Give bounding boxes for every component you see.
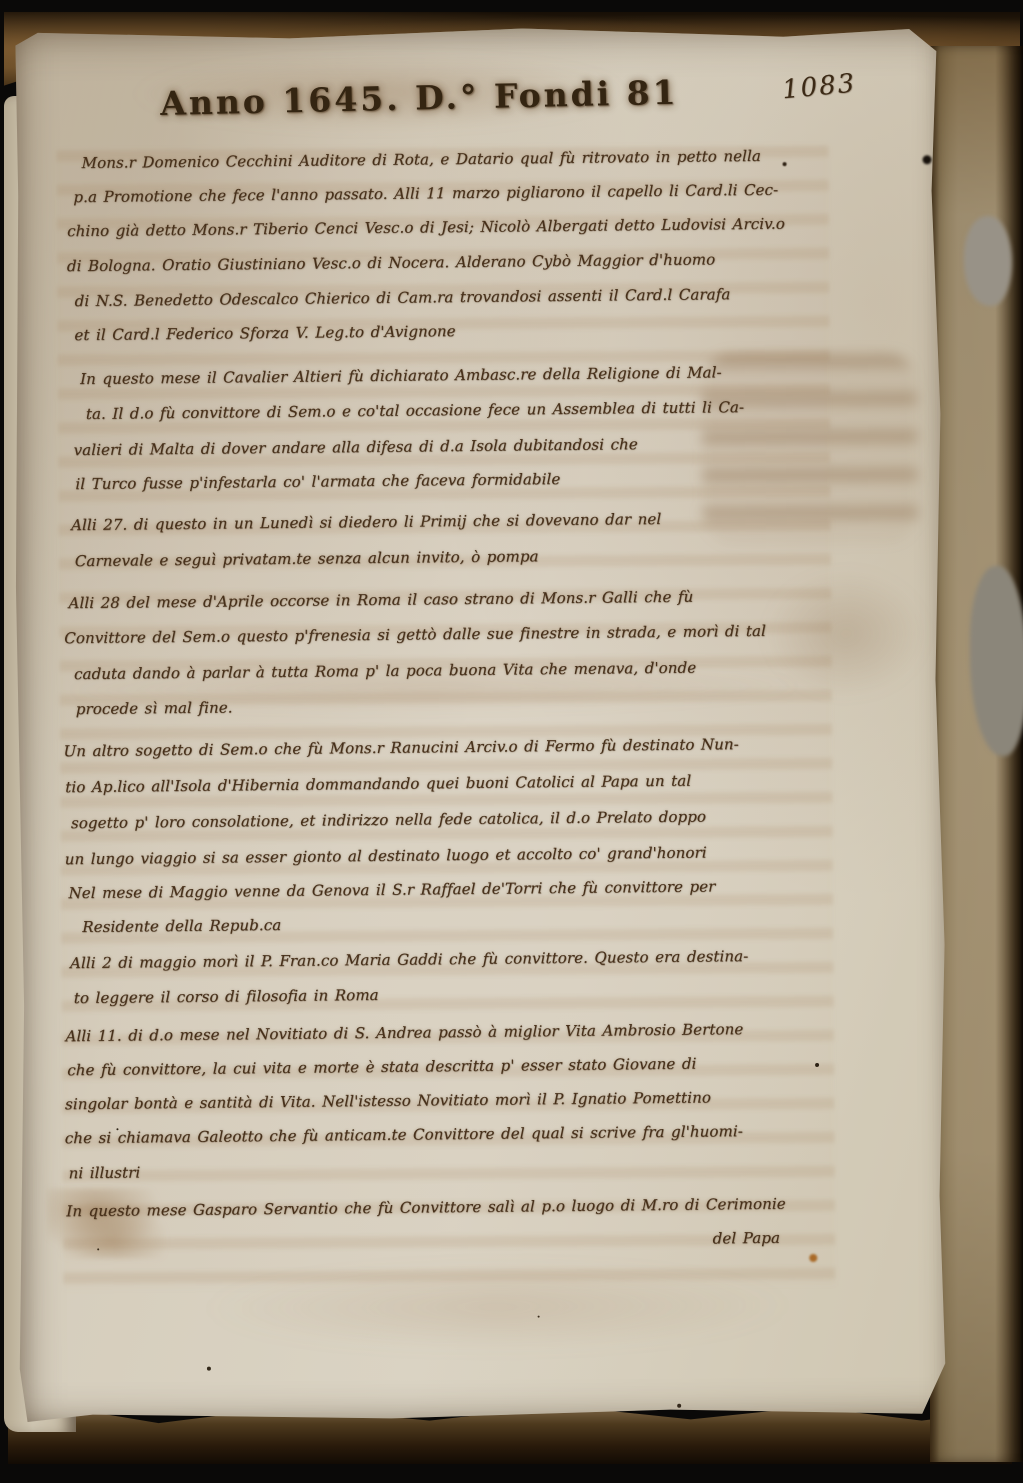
page-stack-fore-edge <box>930 46 1023 1462</box>
manuscript-line: il Turco fusse p'infestarla co' l'armata… <box>75 459 831 501</box>
manuscript-line: ta. Il d.o fù convittore di Sem.o e co't… <box>86 389 832 431</box>
manuscript-page: Anno 1645. D.° Fondi 81 1083 Mons.r Dome… <box>10 23 951 1425</box>
manuscript-line: et il Card.l Federico Sforza V. Leg.to d… <box>74 310 832 352</box>
manuscript-line: ni illustri <box>68 1148 826 1190</box>
manuscript-line: sogetto p' loro consolatione, et indiriz… <box>71 798 829 840</box>
manuscript-lines: Mons.r Domenico Cecchini Auditore di Rot… <box>60 138 834 1262</box>
manuscript-line: procede sì mal fine. <box>76 684 830 726</box>
ink-spot <box>923 155 932 164</box>
page-heading: Anno 1645. D.° Fondi 81 <box>160 73 679 123</box>
foxing-spot <box>809 1254 817 1262</box>
manuscript-line: Un altro sogetto di Sem.o che fù Mons.r … <box>63 726 829 768</box>
folio-number: 1083 <box>781 69 858 106</box>
manuscript-line: Residente della Repub.ca <box>82 902 828 944</box>
manuscript-line: Alli 27. di questo in un Lunedì si diede… <box>71 500 831 542</box>
manuscript-line: tio Ap.lico all'Isola d'Hibernia dommand… <box>65 762 829 804</box>
paper-patch <box>964 216 1012 306</box>
manuscript-line: Convittore del Sem.o questo p'frenesia s… <box>64 613 830 655</box>
paper-patch <box>970 566 1023 756</box>
stain <box>207 1262 788 1352</box>
manuscript-line: Carnevale e seguì privatam.te senza alcu… <box>75 536 831 578</box>
manuscript-line: to leggere il corso di filosofia in Roma <box>74 973 828 1015</box>
photo-backdrop: Anno 1645. D.° Fondi 81 1083 Mons.r Dome… <box>0 0 1023 1483</box>
